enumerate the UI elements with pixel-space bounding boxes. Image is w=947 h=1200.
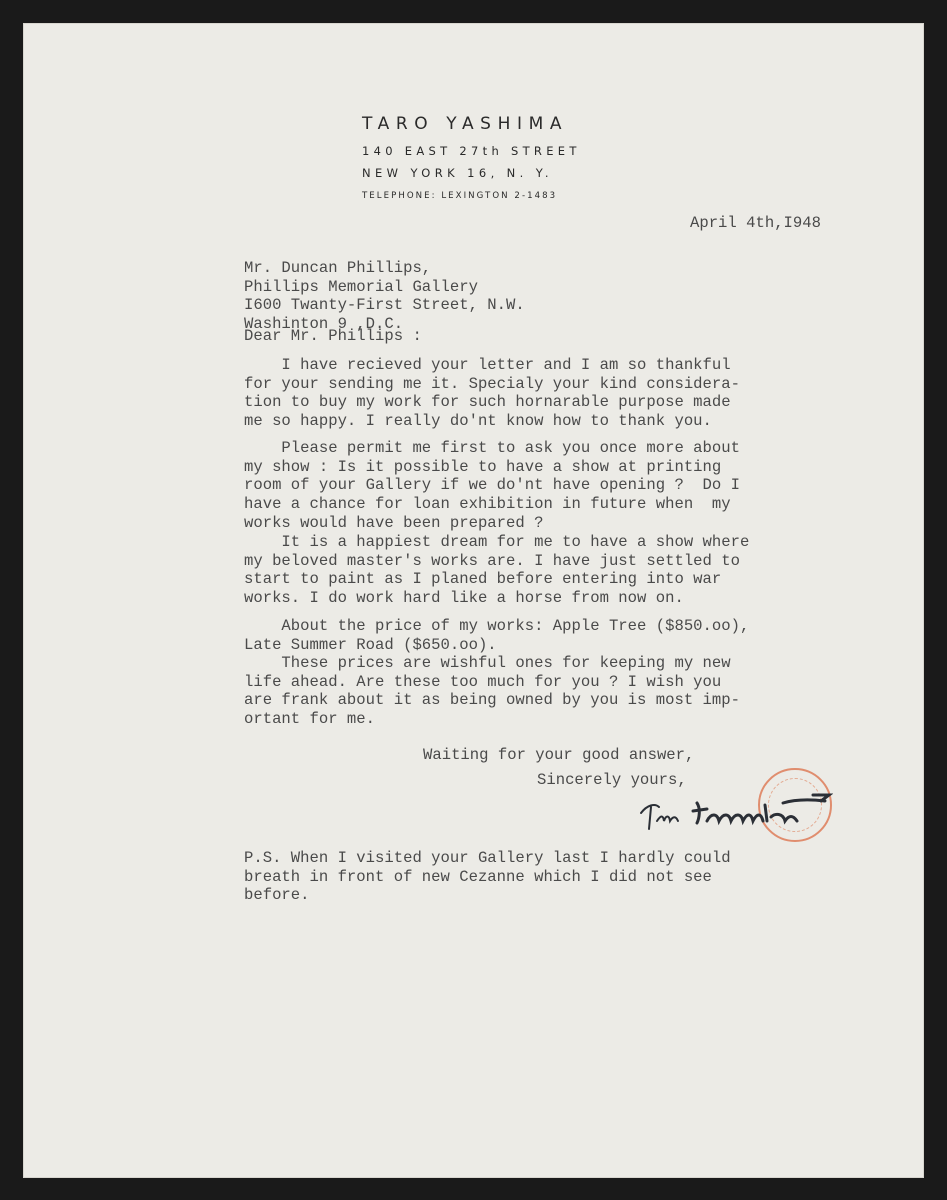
paragraph: I have recieved your letter and I am so … xyxy=(244,356,740,431)
paragraph: It is a happiest dream for me to have a … xyxy=(244,533,749,608)
recipient-address: Mr. Duncan Phillips, Phillips Memorial G… xyxy=(244,259,525,334)
recipient-line: Phillips Memorial Gallery xyxy=(244,278,478,296)
letterhead-telephone: TELEPHONE: LEXINGTON 2-1483 xyxy=(362,191,602,201)
letterhead-city: NEW YORK 16, N. Y. xyxy=(362,166,602,180)
recipient-line: Mr. Duncan Phillips, xyxy=(244,259,431,277)
handwritten-signature-icon xyxy=(633,783,833,843)
letter-page: TARO YASHIMA 140 EAST 27th STREET NEW YO… xyxy=(23,23,924,1178)
closing-line: Waiting for your good answer, xyxy=(423,746,694,765)
salutation: Dear Mr. Phillips : xyxy=(244,327,422,346)
letter-date: April 4th,I948 xyxy=(690,214,821,233)
postscript: P.S. When I visited your Gallery last I … xyxy=(244,849,731,905)
paragraph: About the price of my works: Apple Tree … xyxy=(244,617,749,654)
letterhead-street: 140 EAST 27th STREET xyxy=(362,144,602,158)
recipient-line: I600 Twanty-First Street, N.W. xyxy=(244,296,525,314)
letterhead-name: TARO YASHIMA xyxy=(362,114,602,134)
paragraph: Please permit me first to ask you once m… xyxy=(244,439,740,533)
paragraph: These prices are wishful ones for keepin… xyxy=(244,654,740,729)
